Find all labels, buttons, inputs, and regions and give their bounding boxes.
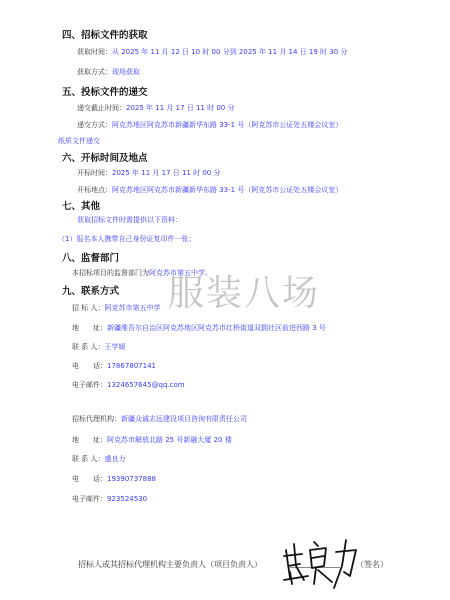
agency-email-row: 电子邮件：923524530 — [72, 494, 147, 504]
acquire-time-row: 获取时间：从 2025 年 11 月 12 日 10 时 00 分到 2025 … — [77, 47, 347, 57]
tenderer-phone-row: 电 话：17867807141 — [72, 361, 156, 371]
agency-contact-value: 盛良力 — [104, 455, 125, 463]
submit-method-value: 阿克苏地区阿克苏市新疆新华东路 33-1 号（阿克苏市公证处五楼会议室） — [112, 121, 342, 129]
tenderer-address-value: 新疆维吾尔自治区阿克苏地区阿克苏市红桥街道双拥社区前进西路 3 号 — [107, 324, 326, 332]
tenderer-address-label: 地 址： — [72, 324, 107, 332]
signature-prefix: 招标人或其招标代理机构主要负责人（项目负责人） — [78, 559, 262, 570]
supervisor-label: 本招标项目的监督部门为 — [72, 269, 149, 277]
tenderer-name-label: 招 标 人： — [72, 304, 104, 312]
agency-phone-value: 19390737888 — [107, 475, 156, 483]
submit-deadline-value: 2025 年 11 月 17 日 11 时 00 分 — [126, 104, 234, 112]
opening-place-label: 开标地点： — [77, 186, 112, 194]
section-heading-5: 五、投标文件的递交 — [62, 84, 148, 98]
agency-contact-label: 联 系 人： — [72, 455, 104, 463]
agency-phone-label: 电 话： — [72, 475, 107, 483]
opening-place-row: 开标地点：阿克苏地区阿克苏市新疆新华东路 33-1 号（阿克苏市公证处五楼会议室… — [77, 185, 342, 195]
acquire-time-value: 从 2025 年 11 月 12 日 10 时 00 分到 2025 年 11 … — [112, 48, 347, 56]
section-heading-4: 四、招标文件的获取 — [62, 27, 148, 41]
tenderer-email-label: 电子邮件： — [72, 381, 107, 389]
opening-time-row: 开标时间：2025 年 11 月 17 日 11 时 00 分 — [77, 168, 220, 178]
tenderer-name-value: 阿克苏市第五中学 — [104, 304, 160, 312]
section-heading-7: 七、其他 — [62, 198, 100, 212]
acquire-method-row: 获取方式：现场获取 — [77, 67, 140, 77]
supervisor-row: 本招标项目的监督部门为阿克苏市第五中学。 — [72, 268, 212, 278]
agency-address-label: 地 址： — [72, 436, 107, 444]
handwritten-signature-icon — [280, 536, 360, 591]
submit-method-cont: 纸质文件递交 — [58, 136, 100, 146]
acquire-time-label: 获取时间： — [77, 48, 112, 56]
other-line-1: 获取招标文件时需提供以下资料： — [77, 215, 182, 225]
acquire-method-value: 现场获取 — [112, 68, 140, 76]
other-line-2: （1）报名本人携带自己身份证复印件一张； — [58, 234, 195, 244]
opening-place-value: 阿克苏地区阿克苏市新疆新华东路 33-1 号（阿克苏市公证处五楼会议室） — [112, 186, 342, 194]
other-line-1-text: 获取招标文件时需提供以下资料： — [77, 216, 182, 224]
section-heading-6: 六、开标时间及地点 — [62, 150, 148, 164]
agency-email-value: 923524530 — [107, 495, 147, 503]
agency-name-row: 招标代理机构：新疆众诚志远建设项目咨询有限责任公司 — [72, 414, 247, 424]
acquire-method-label: 获取方式： — [77, 68, 112, 76]
agency-name-value: 新疆众诚志远建设项目咨询有限责任公司 — [121, 415, 247, 423]
agency-address-value: 阿克苏市解放北路 25 号新融大厦 20 楼 — [107, 436, 232, 444]
opening-time-label: 开标时间： — [77, 169, 112, 177]
supervisor-value: 阿克苏市第五中学。 — [149, 269, 212, 277]
agency-email-label: 电子邮件： — [72, 495, 107, 503]
tenderer-email-row: 电子邮件：1324657645@qq.com — [72, 380, 185, 390]
agency-phone-row: 电 话：19390737888 — [72, 474, 156, 484]
agency-contact-row: 联 系 人：盛良力 — [72, 454, 125, 464]
submit-deadline-row: 递交截止时间：2025 年 11 月 17 日 11 时 00 分 — [77, 103, 234, 113]
other-line-2-text: （1）报名本人携带自己身份证复印件一张； — [58, 235, 195, 243]
tenderer-contact-value: 王学媛 — [104, 343, 125, 351]
opening-time-value: 2025 年 11 月 17 日 11 时 00 分 — [112, 169, 220, 177]
tenderer-contact-row: 联 系 人：王学媛 — [72, 342, 125, 352]
section-heading-9: 九、联系方式 — [62, 283, 119, 297]
agency-name-label: 招标代理机构： — [72, 415, 121, 423]
tenderer-phone-value: 17867807141 — [107, 362, 156, 370]
submit-method-value-cont: 纸质文件递交 — [58, 137, 100, 145]
agency-address-row: 地 址：阿克苏市解放北路 25 号新融大厦 20 楼 — [72, 435, 232, 445]
tenderer-phone-label: 电 话： — [72, 362, 107, 370]
tenderer-email-value: 1324657645@qq.com — [107, 381, 185, 389]
tenderer-contact-label: 联 系 人： — [72, 343, 104, 351]
submit-deadline-label: 递交截止时间： — [77, 104, 126, 112]
signature-suffix: （签名） — [356, 559, 388, 570]
section-heading-8: 八、监督部门 — [62, 250, 119, 264]
submit-method-label: 递交方式： — [77, 121, 112, 129]
submit-method-row: 递交方式：阿克苏地区阿克苏市新疆新华东路 33-1 号（阿克苏市公证处五楼会议室… — [77, 120, 342, 130]
tenderer-address-row: 地 址：新疆维吾尔自治区阿克苏地区阿克苏市红桥街道双拥社区前进西路 3 号 — [72, 323, 326, 333]
tenderer-name-row: 招 标 人：阿克苏市第五中学 — [72, 303, 160, 313]
